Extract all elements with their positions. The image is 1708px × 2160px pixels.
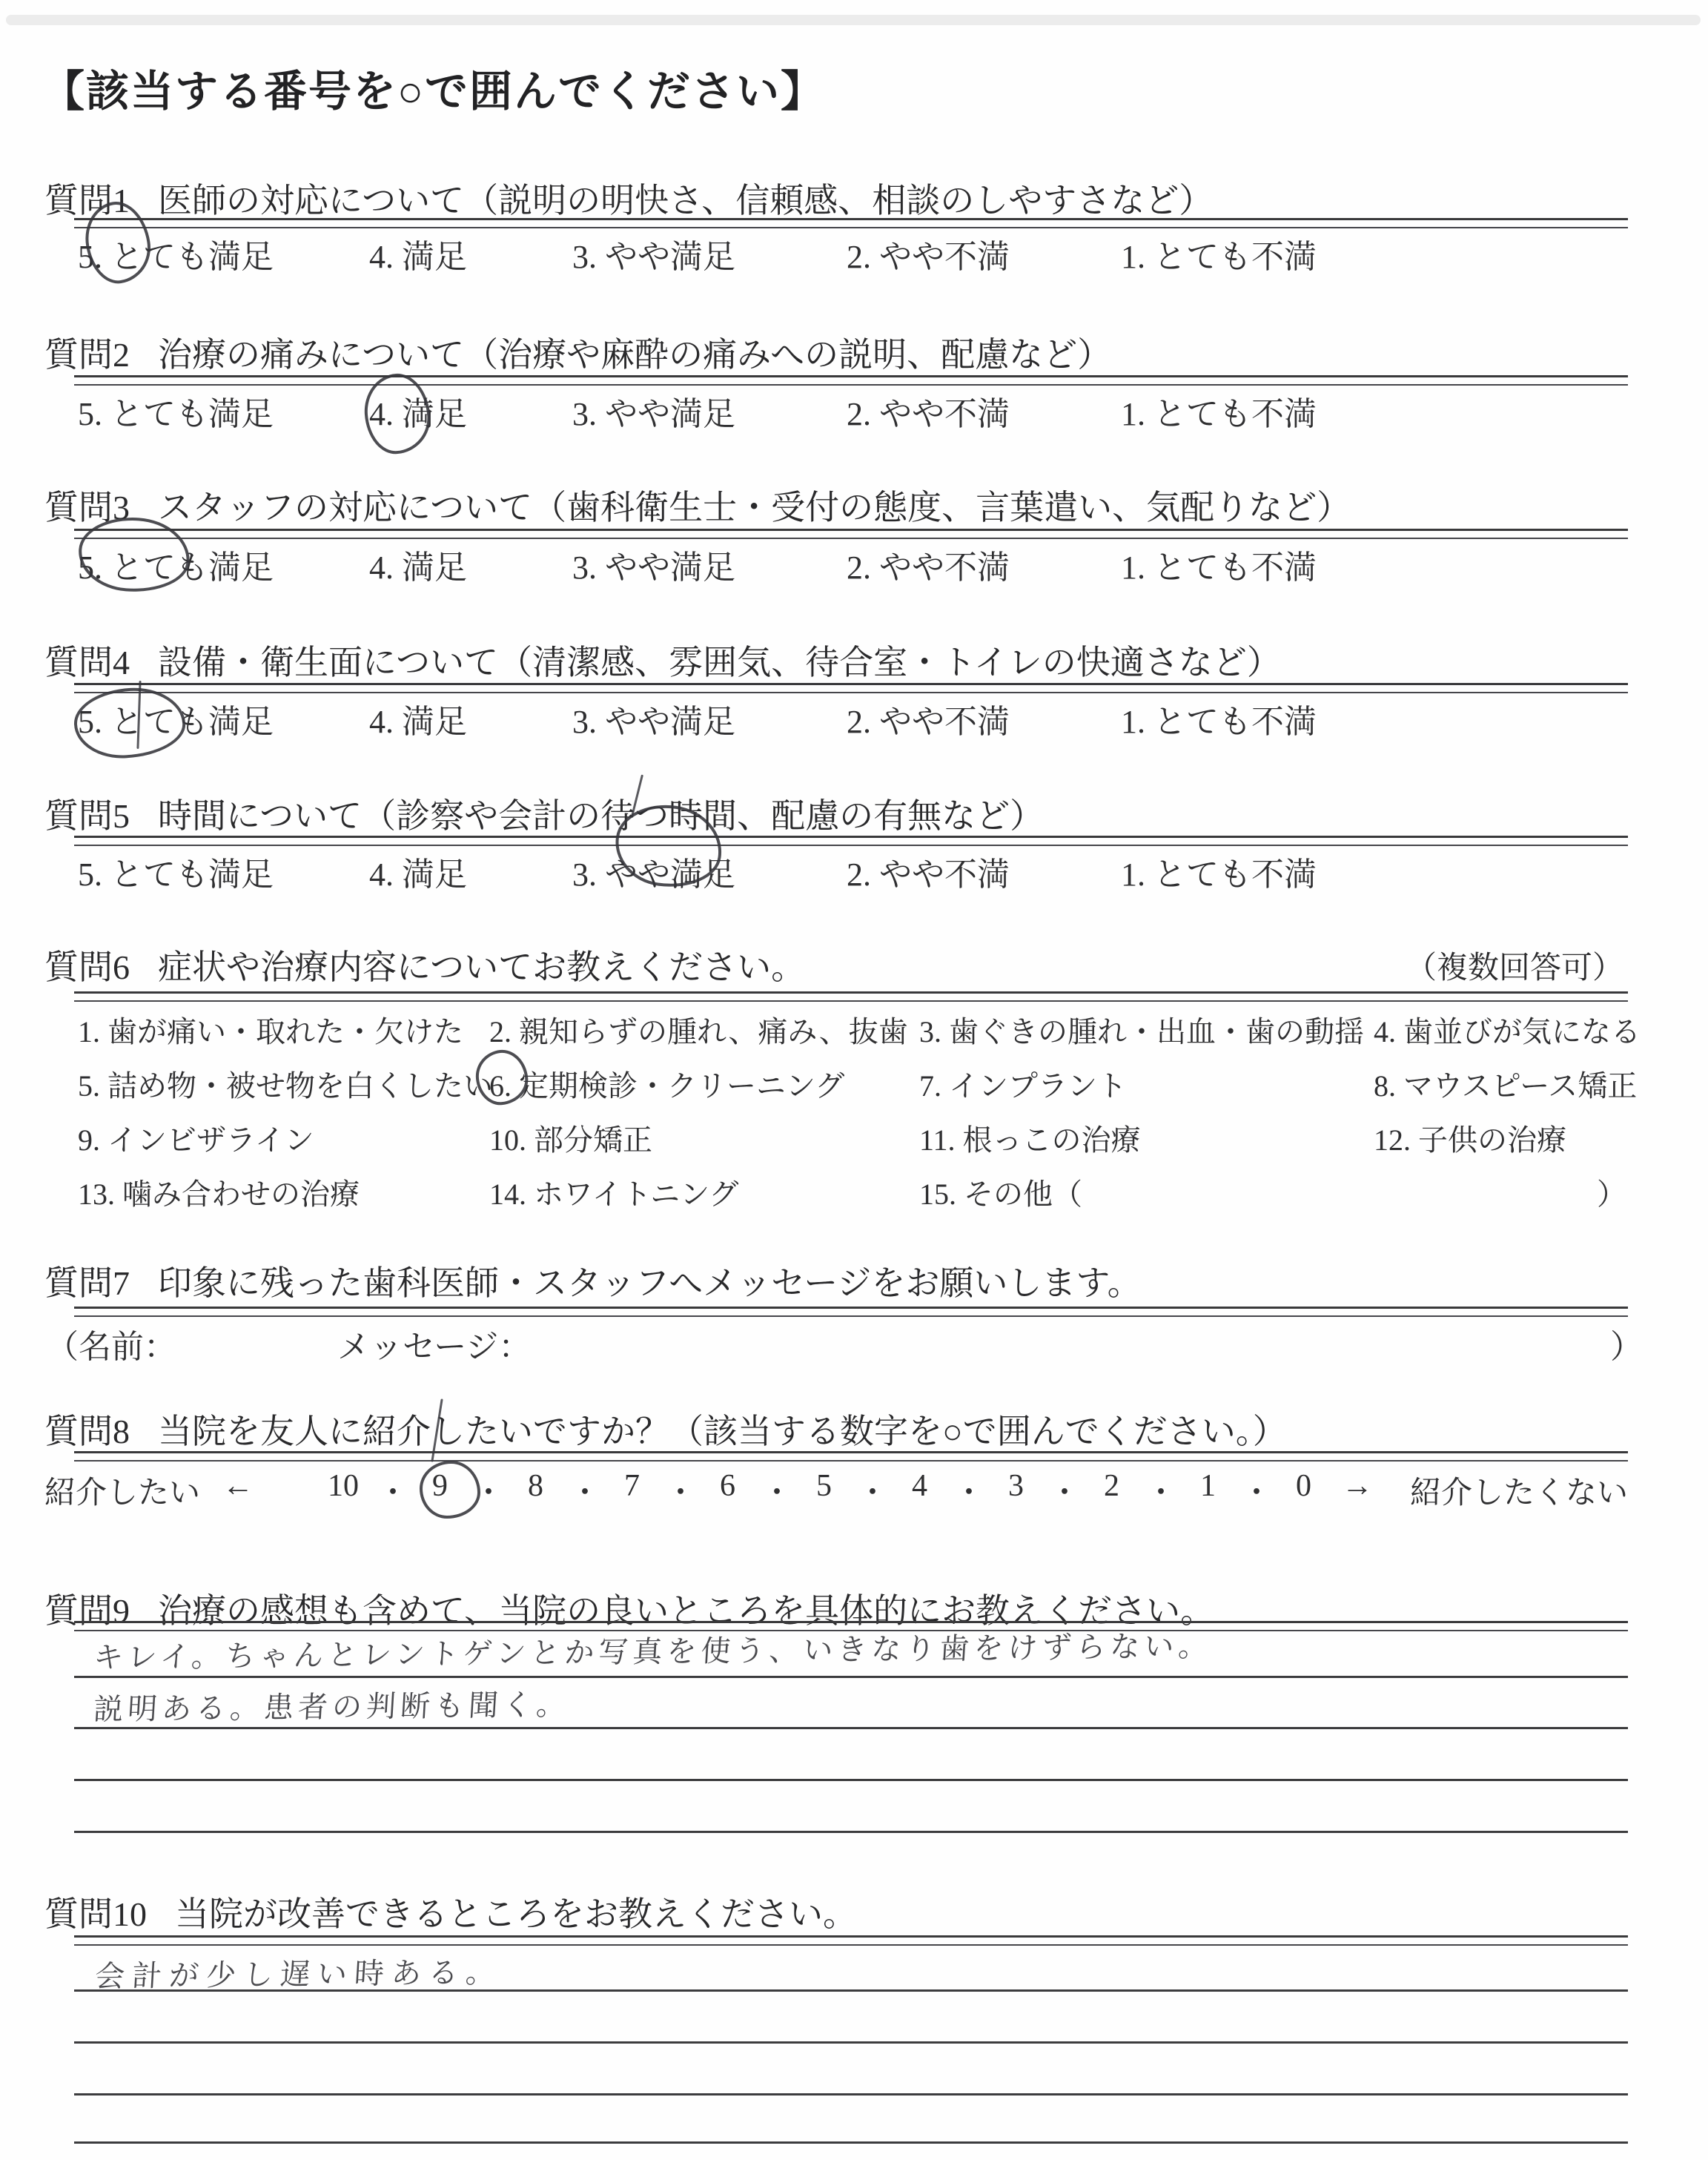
q8-scale-7[interactable]: 7 xyxy=(624,1468,640,1504)
scan-artifact-band xyxy=(6,15,1701,25)
q9-answer-line-3[interactable] xyxy=(74,1779,1628,1781)
q2-rule xyxy=(74,375,1628,386)
q8-dot: ・ xyxy=(1241,1468,1272,1513)
q9-answer-line-2[interactable] xyxy=(74,1727,1628,1729)
q6-item-11[interactable]: 11. 根っこの治療 xyxy=(919,1117,1374,1171)
q3-option-4[interactable]: 4. 満足 xyxy=(369,541,467,588)
q8-scale-3[interactable]: 3 xyxy=(1008,1468,1024,1504)
q7-close-paren: ） xyxy=(1610,1320,1643,1367)
q7-label: 質問7 xyxy=(44,1264,130,1302)
q3-option-3[interactable]: 3. やや満足 xyxy=(572,541,735,588)
q2-title: 治療の痛みについて（治療や麻酔の痛みへの説明、配慮など） xyxy=(158,336,1111,374)
q3-options: 5. とても満足 4. 満足 3. やや満足 2. やや不満 1. とても不満 xyxy=(0,541,1708,585)
q1-option-1[interactable]: 1. とても不満 xyxy=(1121,230,1317,277)
q8-title: 当院を友人に紹介したいですか？（該当する数字を○で囲んでください。） xyxy=(158,1413,1287,1450)
q4-title: 設備・衛生面について（清潔感、雰囲気、待合室・トイレの快適さなど） xyxy=(158,644,1281,681)
q2-header: 質問2治療の痛みについて（治療や麻酔の痛みへの説明、配慮など） xyxy=(44,328,1111,377)
q2-option-3[interactable]: 3. やや満足 xyxy=(572,387,735,435)
q6-item-13[interactable]: 13. 噛み合わせの治療 xyxy=(78,1171,489,1225)
q3-title: スタッフの対応について（歯科衛生士・受付の態度、言葉遣い、気配りなど） xyxy=(158,489,1351,526)
q6-choices: 1. 歯が痛い・取れた・欠けた 2. 親知らずの腫れ、痛み、抜歯 3. 歯ぐきの… xyxy=(78,1008,1631,1225)
q6-item-12[interactable]: 12. 子供の治療 xyxy=(1374,1117,1631,1171)
q8-handwritten-circle xyxy=(420,1461,480,1519)
q10-rule xyxy=(74,1935,1628,1946)
q3-rule xyxy=(74,529,1628,539)
q8-label: 質問8 xyxy=(44,1413,130,1450)
q6-item-7[interactable]: 7. インプラント xyxy=(919,1063,1374,1117)
q5-option-4[interactable]: 4. 満足 xyxy=(369,848,467,895)
q6-item-15-other[interactable]: 15. その他（ xyxy=(919,1171,1374,1225)
q4-option-2[interactable]: 2. やや不満 xyxy=(847,695,1010,742)
q6-rule xyxy=(74,991,1628,1002)
q8-header: 質問8当院を友人に紹介したいですか？（該当する数字を○で囲んでください。） xyxy=(44,1404,1287,1453)
q8-dot: ・ xyxy=(569,1468,600,1513)
q7-title: 印象に残った歯科医師・スタッフへメッセージをお願いします。 xyxy=(158,1264,1142,1302)
q2-options: 5. とても満足 4. 満足 3. やや満足 2. やや不満 1. とても不満 xyxy=(0,387,1708,432)
survey-sheet: 【該当する番号を○で囲んでください】 質問1医師の対応について（説明の明快さ、信… xyxy=(0,0,1708,2160)
q6-header: 質問6症状や治療内容についてお教えください。 xyxy=(44,940,805,989)
q10-handwritten-answer-1: 会計が少し遅い時ある。 xyxy=(94,1949,504,1995)
q5-option-2[interactable]: 2. やや不満 xyxy=(847,848,1010,895)
q8-right-label: 紹介したくない xyxy=(1410,1468,1628,1513)
q1-options: 5. とても満足 4. 満足 3. やや満足 2. やや不満 1. とても不満 xyxy=(0,230,1708,274)
q8-dot: ・ xyxy=(761,1468,792,1513)
q6-multi-answer-note: （複数回答可） xyxy=(1406,943,1623,988)
q10-answer-line-3[interactable] xyxy=(74,2093,1628,2095)
q1-rule xyxy=(74,218,1628,228)
q5-header: 質問5時間について（診察や会計の待つ時間、配慮の有無など） xyxy=(44,789,1044,838)
q9-answer-line-1[interactable] xyxy=(74,1676,1628,1678)
q2-option-2[interactable]: 2. やや不満 xyxy=(847,387,1010,435)
q6-title: 症状や治療内容についてお教えください。 xyxy=(158,948,805,986)
q6-item-4[interactable]: 4. 歯並びが気になる xyxy=(1374,1008,1631,1063)
q6-item-6[interactable]: 6. 定期検診・クリーニング xyxy=(489,1063,919,1117)
q7-name-field-label[interactable]: （名前： xyxy=(46,1320,176,1367)
q8-dot: ・ xyxy=(857,1468,888,1513)
q5-options: 5. とても満足 4. 満足 3. やや満足 2. やや不満 1. とても不満 xyxy=(0,848,1708,892)
q8-left-label: 紹介したい xyxy=(44,1468,200,1513)
q10-label: 質問10 xyxy=(44,1895,147,1933)
q3-option-1[interactable]: 1. とても不満 xyxy=(1121,541,1317,588)
q8-scale-4[interactable]: 4 xyxy=(912,1468,927,1504)
q6-label: 質問6 xyxy=(44,948,130,986)
q7-header: 質問7印象に残った歯科医師・スタッフへメッセージをお願いします。 xyxy=(44,1256,1142,1305)
q2-label: 質問2 xyxy=(44,336,130,374)
q8-scale-2[interactable]: 2 xyxy=(1104,1468,1119,1504)
q8-dot: ・ xyxy=(1145,1468,1176,1513)
q4-option-1[interactable]: 1. とても不満 xyxy=(1121,695,1317,742)
q4-option-3[interactable]: 3. やや満足 xyxy=(572,695,735,742)
q8-scale-5[interactable]: 5 xyxy=(816,1468,832,1504)
q8-right-arrow-icon: → xyxy=(1342,1468,1373,1504)
q6-item-9[interactable]: 9. インビザライン xyxy=(78,1117,489,1171)
q8-left-arrow-icon: ← xyxy=(222,1468,254,1504)
q8-dot: ・ xyxy=(1049,1468,1080,1513)
q8-scale-1[interactable]: 1 xyxy=(1200,1468,1216,1504)
q8-dot: ・ xyxy=(953,1468,984,1513)
q9-answer-line-4[interactable] xyxy=(74,1831,1628,1833)
q10-answer-line-2[interactable] xyxy=(74,2041,1628,2044)
q5-option-5[interactable]: 5. とても満足 xyxy=(78,848,274,895)
q1-option-2[interactable]: 2. やや不満 xyxy=(847,230,1010,277)
q4-rule xyxy=(74,683,1628,693)
q8-scale-6[interactable]: 6 xyxy=(720,1468,735,1504)
q4-option-4[interactable]: 4. 満足 xyxy=(369,695,467,742)
q4-label: 質問4 xyxy=(44,644,130,681)
q8-rule xyxy=(74,1451,1628,1462)
q6-item-3[interactable]: 3. 歯ぐきの腫れ・出血・歯の動揺 xyxy=(919,1008,1374,1063)
q5-option-1[interactable]: 1. とても不満 xyxy=(1121,848,1317,895)
q10-answer-line-4[interactable] xyxy=(74,2141,1628,2144)
q6-item-8[interactable]: 8. マウスピース矯正 xyxy=(1374,1063,1631,1117)
q6-other-close-paren: ） xyxy=(1374,1171,1631,1225)
q7-rule xyxy=(74,1307,1628,1317)
q8-scale-10[interactable]: 10 xyxy=(328,1468,359,1504)
q1-title: 医師の対応について（説明の明快さ、信頼感、相談のしやすさなど） xyxy=(158,182,1213,219)
q1-header: 質問1医師の対応について（説明の明快さ、信頼感、相談のしやすさなど） xyxy=(44,174,1213,222)
q8-scale-8[interactable]: 8 xyxy=(528,1468,543,1504)
q6-item-14[interactable]: 14. ホワイトニング xyxy=(489,1171,919,1225)
q3-option-2[interactable]: 2. やや不満 xyxy=(847,541,1010,588)
q6-item-1[interactable]: 1. 歯が痛い・取れた・欠けた xyxy=(78,1008,489,1063)
q6-item-5[interactable]: 5. 詰め物・被せ物を白くしたい xyxy=(78,1063,489,1117)
q2-option-5[interactable]: 5. とても満足 xyxy=(78,387,274,435)
q5-title: 時間について（診察や会計の待つ時間、配慮の有無など） xyxy=(158,797,1044,835)
q4-header: 質問4設備・衛生面について（清潔感、雰囲気、待合室・トイレの快適さなど） xyxy=(44,635,1281,684)
q8-dot: ・ xyxy=(377,1468,408,1513)
q10-answer-line-1[interactable] xyxy=(74,1989,1628,1992)
q7-message-field-label[interactable]: メッセージ： xyxy=(337,1320,531,1367)
page-title: 【該当する番号を○で囲んでください】 xyxy=(42,56,825,119)
q5-rule xyxy=(74,836,1628,846)
q1-option-4[interactable]: 4. 満足 xyxy=(369,230,467,277)
q8-dot: ・ xyxy=(665,1468,696,1513)
q8-scale-0[interactable]: 0 xyxy=(1296,1468,1311,1504)
q3-header: 質問3スタッフの対応について（歯科衛生士・受付の態度、言葉遣い、気配りなど） xyxy=(44,480,1351,529)
q10-header: 質問10当院が改善できるところをお教えください。 xyxy=(44,1887,857,1936)
q10-title: 当院が改善できるところをお教えください。 xyxy=(175,1895,857,1933)
q6-item-2[interactable]: 2. 親知らずの腫れ、痛み、抜歯 xyxy=(489,1008,919,1063)
q2-option-1[interactable]: 1. とても不満 xyxy=(1121,387,1317,435)
q1-option-3[interactable]: 3. やや満足 xyxy=(572,230,735,277)
q5-label: 質問5 xyxy=(44,797,130,835)
q9-handwritten-answer-2: 説明ある。患者の判断も聞く。 xyxy=(93,1681,572,1728)
q6-item-10[interactable]: 10. 部分矯正 xyxy=(489,1117,919,1171)
q4-options: 5. とても満足 4. 満足 3. やや満足 2. やや不満 1. とても不満 xyxy=(0,695,1708,739)
